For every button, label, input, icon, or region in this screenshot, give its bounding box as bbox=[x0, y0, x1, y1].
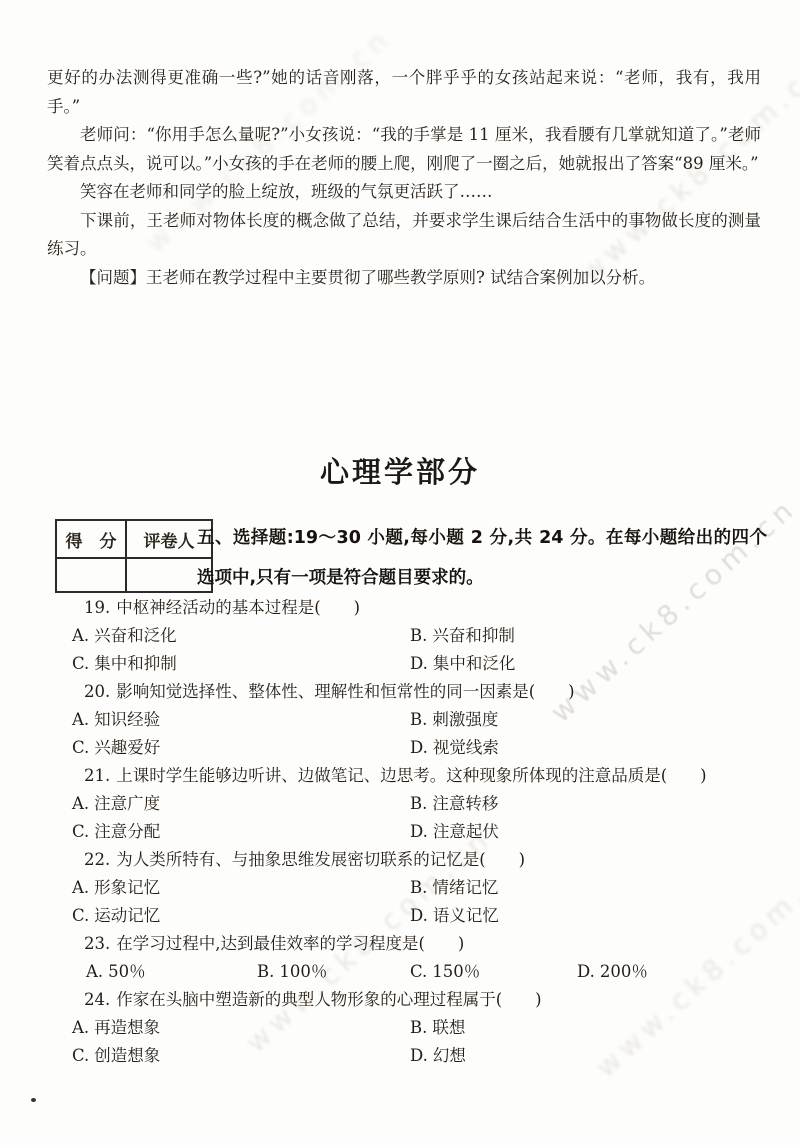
score-label-cell: 得 分 bbox=[56, 520, 126, 558]
question-19-stem: 19.中枢神经活动的基本过程是( ) bbox=[0, 594, 800, 622]
option-19-D: D.集中和泛化 bbox=[410, 650, 515, 678]
question-21-options-cd: C.注意分配 D.注意起伏 bbox=[0, 818, 800, 846]
case-paragraph: 更好的办法测得更准确一些?”她的话音刚落，一个胖乎乎的女孩站起来说：“老师，我有… bbox=[47, 64, 761, 121]
option-24-D: D.幻想 bbox=[410, 1042, 466, 1070]
question-text: 中枢神经活动的基本过程是( ) bbox=[116, 598, 360, 617]
option-22-A: A.形象记忆 bbox=[72, 874, 160, 902]
option-20-B: B.刺激强度 bbox=[410, 706, 498, 734]
question-number: 23. bbox=[84, 934, 110, 953]
option-21-B: B.注意转移 bbox=[410, 790, 498, 818]
section-title: 心理学部分 bbox=[0, 450, 800, 491]
question-21-stem: 21.上课时学生能够边听讲、边做笔记、边思考。这种现象所体现的注意品质是( ) bbox=[0, 762, 800, 790]
question-text: 上课时学生能够边听讲、边做笔记、边思考。这种现象所体现的注意品质是( ) bbox=[116, 766, 706, 785]
question-24-options-ab: A.再造想象 B.联想 bbox=[0, 1014, 800, 1042]
case-question-prompt: 【问题】王老师在教学过程中主要贯彻了哪些教学原则? 试结合案例加以分析。 bbox=[47, 264, 761, 293]
question-22-options-cd: C.运动记忆 D.语义记忆 bbox=[0, 902, 800, 930]
option-24-B: B.联想 bbox=[410, 1014, 465, 1042]
option-19-C: C.集中和抑制 bbox=[72, 650, 177, 678]
case-paragraph: 笑容在老师和同学的脸上绽放，班级的气氛更活跃了…… bbox=[47, 178, 761, 207]
option-21-C: C.注意分配 bbox=[72, 818, 160, 846]
case-paragraph: 老师问：“你用手怎么量呢?”小女孩说：“我的手掌是 11 厘米，我看腰有几掌就知… bbox=[47, 121, 761, 178]
question-text: 作家在头脑中塑造新的典型人物形象的心理过程属于( ) bbox=[116, 990, 541, 1009]
score-blank-cell bbox=[56, 558, 126, 592]
question-21-options-ab: A.注意广度 B.注意转移 bbox=[0, 790, 800, 818]
option-21-A: A.注意广度 bbox=[72, 790, 160, 818]
question-23-stem: 23.在学习过程中,达到最佳效率的学习程度是( ) bbox=[0, 930, 800, 958]
question-number: 19. bbox=[84, 598, 110, 617]
question-24-options-cd: C.创造想象 D.幻想 bbox=[0, 1042, 800, 1070]
option-19-A: A.兴奋和泛化 bbox=[72, 622, 177, 650]
option-24-A: A.再造想象 bbox=[72, 1014, 160, 1042]
option-20-C: C.兴趣爱好 bbox=[72, 734, 160, 762]
option-23-D: D.200％ bbox=[577, 958, 648, 986]
question-20-stem: 20.影响知觉选择性、整体性、理解性和恒常性的同一因素是( ) bbox=[0, 678, 800, 706]
question-19-options-ab: A.兴奋和泛化 B.兴奋和抑制 bbox=[0, 622, 800, 650]
question-22-options-ab: A.形象记忆 B.情绪记忆 bbox=[0, 874, 800, 902]
question-text: 为人类所特有、与抽象思维发展密切联系的记忆是( ) bbox=[116, 850, 525, 869]
option-23-A: A.50％ bbox=[86, 958, 146, 986]
question-text: 在学习过程中,达到最佳效率的学习程度是( ) bbox=[116, 934, 464, 953]
question-22-stem: 22.为人类所特有、与抽象思维发展密切联系的记忆是( ) bbox=[0, 846, 800, 874]
case-study-text: 更好的办法测得更准确一些?”她的话音刚落，一个胖乎乎的女孩站起来说：“老师，我有… bbox=[47, 64, 761, 292]
option-19-B: B.兴奋和抑制 bbox=[410, 622, 515, 650]
case-paragraph: 下课前，王老师对物体长度的概念做了总结，并要求学生课后结合生活中的事物做长度的测… bbox=[47, 207, 761, 264]
question-23-options: A.50％ B.100％ C.150％ D.200％ bbox=[0, 958, 800, 986]
section-instruction: 五、选择题:19～30 小题,每小题 2 分,共 24 分。在每小题给出的四个选… bbox=[197, 518, 767, 598]
question-number: 24. bbox=[84, 990, 110, 1009]
question-number: 22. bbox=[84, 850, 110, 869]
exam-paper-page: www.ck8.com.cn www.ck8.com.cn www.ck8.co… bbox=[0, 0, 800, 1145]
option-24-C: C.创造想象 bbox=[72, 1042, 160, 1070]
option-21-D: D.注意起伏 bbox=[410, 818, 499, 846]
multiple-choice-questions: 19.中枢神经活动的基本过程是( ) A.兴奋和泛化 B.兴奋和抑制 C.集中和… bbox=[0, 594, 800, 1070]
page-marker-dot bbox=[31, 1098, 36, 1102]
question-24-stem: 24.作家在头脑中塑造新的典型人物形象的心理过程属于( ) bbox=[0, 986, 800, 1014]
option-22-B: B.情绪记忆 bbox=[410, 874, 498, 902]
question-number: 20. bbox=[84, 682, 110, 701]
option-22-D: D.语义记忆 bbox=[410, 902, 499, 930]
score-box: 得 分 评卷人 bbox=[55, 519, 213, 593]
question-text: 影响知觉选择性、整体性、理解性和恒常性的同一因素是( ) bbox=[116, 682, 574, 701]
question-19-options-cd: C.集中和抑制 D.集中和泛化 bbox=[0, 650, 800, 678]
question-20-options-cd: C.兴趣爱好 D.视觉线索 bbox=[0, 734, 800, 762]
option-20-A: A.知识经验 bbox=[72, 706, 160, 734]
option-23-B: B.100％ bbox=[257, 958, 327, 986]
option-20-D: D.视觉线索 bbox=[410, 734, 499, 762]
question-20-options-ab: A.知识经验 B.刺激强度 bbox=[0, 706, 800, 734]
option-22-C: C.运动记忆 bbox=[72, 902, 160, 930]
option-23-C: C.150％ bbox=[410, 958, 480, 986]
question-number: 21. bbox=[84, 766, 110, 785]
